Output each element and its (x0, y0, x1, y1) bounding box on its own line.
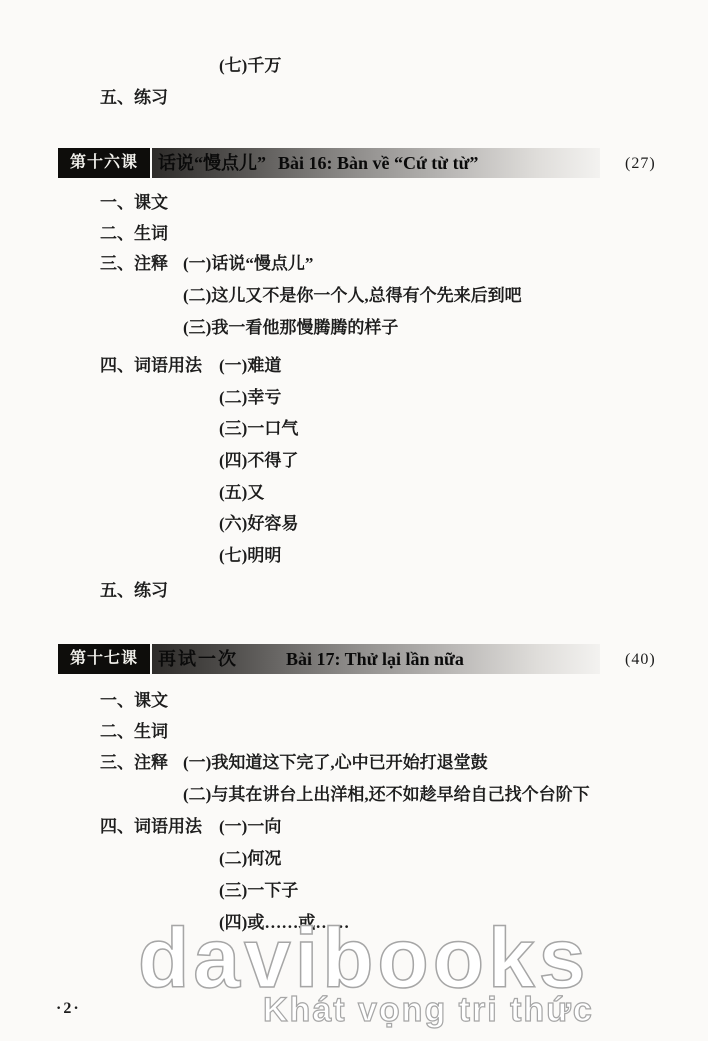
toc-row: (四)不得了 (0, 449, 708, 473)
toc-level1-label: 五、练习 (100, 579, 168, 603)
toc-level1-label: 二、生词 (100, 720, 168, 744)
toc-sub-item: (六)好容易 (219, 512, 298, 536)
lesson-title-cn: 再试一次 (158, 649, 238, 669)
toc-sub-item: (五)又 (219, 481, 264, 505)
lesson-title-vi: Bài 17: Thử lại lần nữa (286, 649, 464, 669)
toc-sub-item: (三)我一看他那慢腾腾的样子 (183, 316, 398, 340)
toc-level1-label: 一、课文 (100, 191, 168, 215)
toc-row: 四、词语用法 (一)难道 (0, 354, 708, 378)
toc-row: (三)一下子 (0, 879, 708, 903)
toc-level1-label: 三、注释 (100, 751, 168, 775)
toc-level1-label: 三、注释 (100, 252, 168, 276)
toc-row: 四、词语用法 (一)一向 (0, 815, 708, 839)
toc-row: (二)这儿又不是你一个人,总得有个先来后到吧 (0, 284, 708, 308)
toc-sub-item: (一)我知道这下完了,心中已开始打退堂鼓 (183, 751, 488, 775)
lesson-title-vi: Bài 16: Bàn về “Cứ từ từ” (278, 153, 478, 173)
toc-row: (二)幸亏 (0, 386, 708, 410)
page-number: ·2· (56, 1000, 81, 1018)
toc-level1-label: 二、生词 (100, 222, 168, 246)
toc-row: 五、练习 (0, 579, 708, 603)
toc-row: (二)何况 (0, 847, 708, 871)
book-toc-page: (七)千万 五、练习 第十六课 话说“慢点儿”Bài 16: Bàn về “C… (0, 0, 708, 1041)
toc-row: 二、生词 (0, 720, 708, 744)
lesson-badge: 第十六课 (58, 148, 150, 178)
toc-level1-label: 四、词语用法 (100, 815, 202, 839)
toc-sub-item: (二)何况 (219, 847, 281, 871)
lesson-header-16: 第十六课 话说“慢点儿”Bài 16: Bàn về “Cứ từ từ” (0, 148, 708, 178)
toc-row: 一、课文 (0, 689, 708, 713)
toc-sub-item: (一)一向 (219, 815, 281, 839)
toc-sub-item: (三)一口气 (219, 417, 298, 441)
toc-row: 三、注释 (一)话说“慢点儿” (0, 252, 708, 276)
toc-sub-item: (一)话说“慢点儿” (183, 252, 313, 276)
toc-row: (六)好容易 (0, 512, 708, 536)
lesson-title-bar: 再试一次Bài 17: Thử lại lần nữa (152, 644, 600, 674)
toc-row: 五、练习 (0, 86, 708, 110)
toc-sub-item: (二)这儿又不是你一个人,总得有个先来后到吧 (183, 284, 522, 308)
toc-level1-label: 一、课文 (100, 689, 168, 713)
toc-sub-item: (三)一下子 (219, 879, 298, 903)
toc-row: (四)或……或…… (0, 911, 708, 935)
toc-row: 三、注释 (一)我知道这下完了,心中已开始打退堂鼓 (0, 751, 708, 775)
toc-sub-item: (四)或……或…… (219, 911, 349, 935)
toc-row: (七)千万 (0, 54, 708, 78)
toc-sub-item: (七)千万 (219, 54, 281, 78)
watermark-slogan: Khát vọng tri thức (263, 993, 594, 1027)
toc-row: (三)我一看他那慢腾腾的样子 (0, 316, 708, 340)
toc-level1-label: 四、词语用法 (100, 354, 202, 378)
lesson-header-17: 第十七课 再试一次Bài 17: Thử lại lần nữa (0, 644, 708, 674)
lesson-title-bar: 话说“慢点儿”Bài 16: Bàn về “Cứ từ từ” (152, 148, 600, 178)
toc-row: (三)一口气 (0, 417, 708, 441)
toc-sub-item: (七)明明 (219, 544, 281, 568)
page-ref: (27) (625, 152, 656, 176)
toc-row: (二)与其在讲台上出洋相,还不如趁早给自己找个台阶下 (0, 783, 708, 807)
lesson-title-cn: 话说“慢点儿” (158, 153, 266, 173)
toc-row: 一、课文 (0, 191, 708, 215)
toc-row: (七)明明 (0, 544, 708, 568)
toc-level1-label: 五、练习 (100, 86, 168, 110)
toc-row: 二、生词 (0, 222, 708, 246)
toc-sub-item: (四)不得了 (219, 449, 298, 473)
toc-sub-item: (一)难道 (219, 354, 281, 378)
toc-sub-item: (二)与其在讲台上出洋相,还不如趁早给自己找个台阶下 (183, 783, 590, 807)
toc-sub-item: (二)幸亏 (219, 386, 281, 410)
page-ref: (40) (625, 648, 656, 672)
toc-row: (五)又 (0, 481, 708, 505)
lesson-badge: 第十七课 (58, 644, 150, 674)
